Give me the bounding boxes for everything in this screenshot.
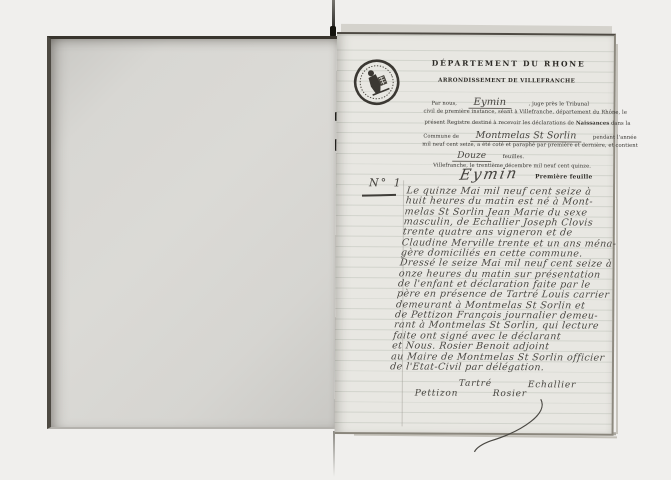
spine-shadow-bottom <box>333 431 335 477</box>
preamble-line-1: Par nous, Eymin , juge près le Tribunal <box>432 98 590 109</box>
judge-name-handwritten: Eymin <box>469 97 512 109</box>
witness-signature-tartre: Tartré <box>459 379 492 389</box>
first-sheet-label: Première feuille <box>535 174 592 180</box>
preamble-par-nous: Par nous, <box>432 101 458 107</box>
right-register-page: DÉPARTEMENT DU RHONE ARRONDISSEMENT DE V… <box>335 32 616 436</box>
naissances-label: Naissances <box>576 120 609 126</box>
birth-act-text: Le quinze Mai mil neuf cent seize à huit… <box>390 186 621 373</box>
commune-name-handwritten: Montmelas St Sorlin <box>471 130 582 143</box>
judge-signature: Eymin <box>458 164 520 184</box>
commune-label: Commune de <box>423 134 459 140</box>
declarant-signature-echallier: Echallier <box>528 380 576 390</box>
pendant-annee-label: pendant l'année <box>593 135 637 141</box>
preamble-line-5: mil neuf cent seize, a été coté et parap… <box>422 143 638 150</box>
act-text-line: de l'Etat-Civil par délégation. <box>390 362 605 374</box>
act-number: N° 1 <box>369 176 403 189</box>
signature-flourish <box>470 397 555 454</box>
preamble-line-4: Commune de Montmelas St Sorlin pendant l… <box>423 131 636 142</box>
preamble-line-3-start: présent Registre destiné à recevoir les … <box>424 120 574 127</box>
witness-signature-pettizon: Pettizon <box>415 388 459 398</box>
preamble-line-3: présent Registre destiné à recevoir les … <box>424 121 630 127</box>
preamble-line-1-end: , juge près le Tribunal <box>529 101 590 107</box>
act-number-underline <box>362 194 396 197</box>
register-scan: DÉPARTEMENT DU RHONE ARRONDISSEMENT DE V… <box>0 0 671 480</box>
republique-francaise-seal-icon <box>346 51 408 113</box>
preamble-line-2: civil de première instance, séant à Vill… <box>423 110 627 116</box>
feuilles-label: feuilles. <box>503 154 525 160</box>
arrondissement-title: ARRONDISSEMENT DE VILLEFRANCHE <box>432 78 582 85</box>
left-blank-page <box>47 36 337 429</box>
preamble-line-3-end: dans la <box>611 121 631 127</box>
preamble-line-6: Douze feuilles. <box>452 152 524 161</box>
sheet-count-handwritten: Douze <box>452 151 491 162</box>
department-title: DÉPARTEMENT DU RHONE <box>432 59 582 69</box>
